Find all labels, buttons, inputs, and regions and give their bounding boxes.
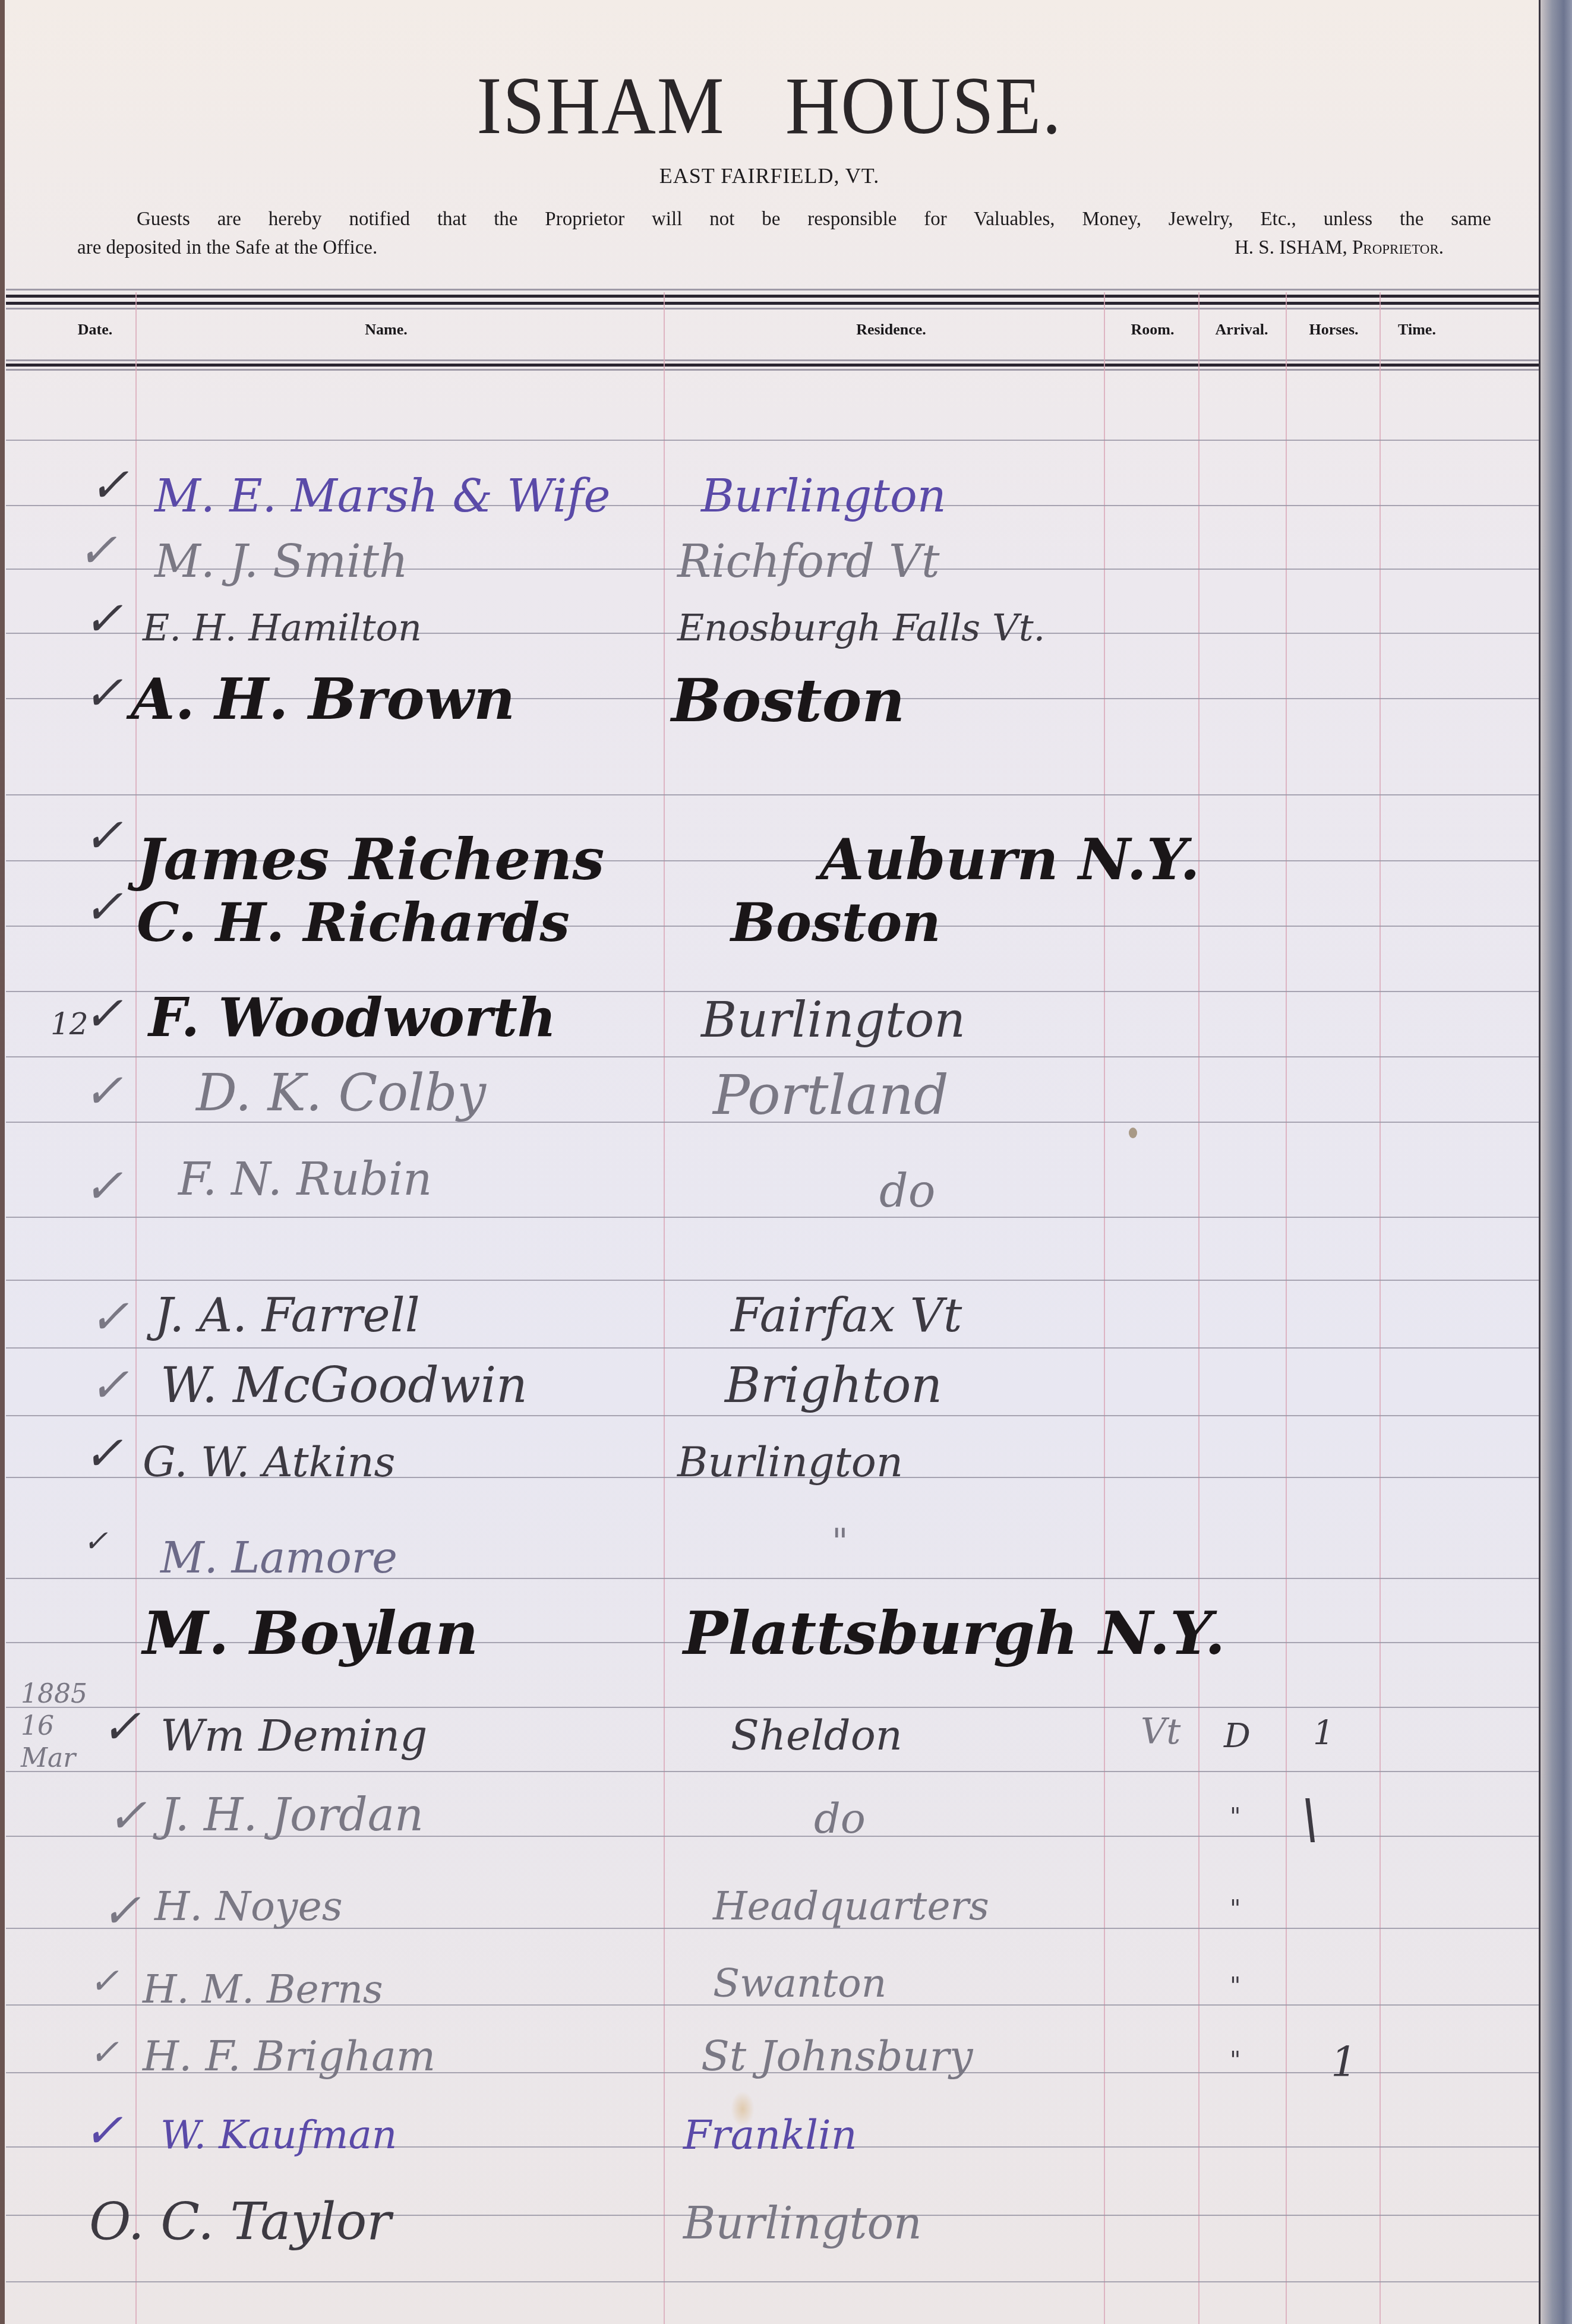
guest-arrival: "	[1230, 1895, 1240, 1922]
guest-room: Vt	[1141, 1711, 1180, 1753]
column-header-room: Room.	[1117, 321, 1188, 339]
guest-name: M. Lamore	[160, 1533, 397, 1583]
check-mark-icon: ✓	[89, 1357, 129, 1413]
check-mark-icon: ✓	[107, 1788, 147, 1843]
ruled-line	[6, 2281, 1539, 2282]
guest-name: F. Woodworth	[149, 986, 556, 1049]
ruled-line	[6, 1217, 1539, 1218]
guest-residence: Auburn N.Y.	[820, 826, 1200, 893]
ruled-line	[6, 440, 1539, 441]
guest-residence: Fairfax Vt	[731, 1289, 962, 1343]
ruled-line	[6, 1280, 1539, 1281]
guest-name: M. E. Marsh & Wife	[154, 469, 611, 522]
guest-name: J. A. Farrell	[154, 1289, 420, 1343]
guest-residence: Richford Vt	[677, 535, 940, 588]
check-mark-icon: ✓	[83, 986, 123, 1041]
guest-horses: \	[1301, 1788, 1319, 1851]
column-header-horses: Horses.	[1292, 321, 1375, 339]
header-rule-top-thick	[6, 295, 1539, 298]
guest-horses: 1	[1313, 1714, 1334, 1753]
paper-spot	[1129, 1128, 1137, 1138]
header-rule-top-thin-2	[6, 308, 1539, 310]
register-page: ISHAMHOUSE. EAST FAIRFIELD, VT. Guests a…	[0, 0, 1539, 2324]
guest-name: W. McGoodwin	[160, 1357, 528, 1414]
check-mark-icon: ✓	[101, 1883, 141, 1938]
guest-residence: Burlington	[677, 1438, 903, 1486]
guest-name: Wm Deming	[160, 1711, 427, 1761]
ruled-line	[6, 1415, 1539, 1416]
column-header-name: Name.	[345, 321, 428, 339]
column-divider-arrival	[1286, 292, 1287, 2324]
guest-residence: Plattsburgh N.Y.	[683, 1598, 1226, 1668]
guest-name: A. H. Brown	[131, 665, 515, 732]
location: EAST FAIRFIELD, VT.	[0, 163, 1539, 188]
column-header-arrival: Arrival.	[1203, 321, 1280, 339]
notice: Guests are hereby notified that the Prop…	[77, 205, 1491, 262]
check-mark-icon: ✓	[89, 1289, 129, 1344]
check-mark-icon: ✓	[83, 1063, 123, 1119]
column-header-time: Time.	[1384, 321, 1450, 339]
column-divider-horses	[1380, 292, 1381, 2324]
guest-name: W. Kaufman	[160, 2112, 397, 2158]
column-header-date: Date.	[65, 321, 125, 339]
check-mark-icon: ✓	[83, 591, 123, 646]
guest-name: F. N. Rubin	[178, 1152, 432, 1205]
guest-residence: St Johnsbury	[701, 2032, 973, 2080]
paper-stain	[731, 2091, 755, 2127]
guest-residence: Burlington	[701, 992, 965, 1049]
guest-horses: 1	[1331, 2038, 1358, 2086]
ruled-line	[6, 1056, 1539, 1057]
ruled-line	[6, 1707, 1539, 1708]
check-mark-icon: ✓	[89, 1960, 119, 2002]
entry-date: 1885 16 Mar	[21, 1678, 74, 1774]
header-rule-bottom-thin	[6, 359, 1539, 361]
guest-name: O. C. Taylor	[89, 2192, 391, 2252]
guest-name: M. J. Smith	[154, 535, 408, 588]
guest-arrival: "	[1230, 1972, 1240, 2000]
guest-name: J. H. Jordan	[160, 1788, 424, 1841]
proprietor-signature: H. S. ISHAM, Proprietor.	[1235, 233, 1444, 262]
guest-residence: Boston	[731, 891, 941, 954]
guest-name: M. Boylan	[143, 1598, 478, 1668]
guest-residence: Enosburgh Falls Vt.	[677, 606, 1045, 649]
guest-residence: Portland	[713, 1063, 949, 1127]
guest-residence: do	[879, 1164, 935, 1217]
check-mark-icon: ✓	[83, 879, 123, 934]
check-mark-icon: ✓	[83, 808, 123, 863]
check-mark-icon: ✓	[101, 1699, 141, 1754]
guest-residence: "	[832, 1521, 848, 1562]
check-mark-icon: ✓	[83, 2103, 123, 2158]
guest-name: D. K. Colby	[196, 1063, 486, 1123]
column-header-residence: Residence.	[838, 321, 945, 339]
page-title: ISHAMHOUSE.	[62, 58, 1478, 153]
column-divider-residence	[1104, 292, 1105, 2324]
check-mark-icon: ✓	[83, 1426, 123, 1481]
guest-name: G. W. Atkins	[143, 1438, 395, 1486]
notice-line-2: are deposited in the Safe at the Office.	[77, 233, 377, 262]
guest-name: C. H. Richards	[137, 891, 570, 954]
guest-arrival: D	[1224, 1717, 1251, 1755]
header-rule-top-thin	[6, 289, 1539, 290]
check-mark-icon: ✓	[83, 1524, 108, 1558]
ruled-line	[6, 1771, 1539, 1772]
page-left-edge	[0, 0, 5, 2324]
guest-residence: Burlington	[683, 2198, 922, 2249]
guest-arrival: "	[1230, 1803, 1240, 1830]
guest-residence: Headquarters	[713, 1883, 989, 1929]
column-divider-room	[1198, 292, 1199, 2324]
check-mark-icon: ✓	[77, 523, 117, 578]
guest-residence: Franklin	[683, 2112, 857, 2159]
title-isham: ISHAM	[476, 60, 725, 151]
check-mark-icon: ✓	[83, 665, 123, 721]
guest-name: H. Noyes	[154, 1883, 343, 1930]
check-mark-icon: ✓	[89, 457, 129, 513]
guest-name: James Richens	[137, 826, 604, 893]
header-rule-bottom-thin-2	[6, 369, 1539, 371]
guest-arrival: "	[1230, 2047, 1240, 2074]
guest-residence: Brighton	[725, 1357, 942, 1414]
guest-residence: Swanton	[713, 1960, 886, 2006]
ruled-line	[6, 794, 1539, 795]
header-rule-bottom-thick	[6, 364, 1539, 367]
title-house: HOUSE.	[785, 60, 1062, 151]
guest-name: H. F. Brigham	[143, 2032, 435, 2080]
check-mark-icon: ✓	[83, 1158, 123, 1214]
notice-line-1: Guests are hereby notified that the Prop…	[77, 205, 1491, 233]
guest-name: H. M. Berns	[143, 1966, 383, 2012]
guest-residence: Burlington	[701, 469, 946, 522]
column-divider-name	[664, 292, 665, 2324]
guest-residence: do	[814, 1794, 866, 1843]
guest-residence: Boston	[671, 665, 905, 735]
book-spine	[1539, 0, 1572, 2324]
check-mark-icon: ✓	[89, 2032, 119, 2073]
guest-residence: Sheldon	[731, 1711, 902, 1760]
header-rule-top-thick-2	[6, 302, 1539, 305]
column-divider-date	[135, 292, 137, 2324]
guest-name: E. H. Hamilton	[143, 606, 422, 649]
ruled-line	[6, 1347, 1539, 1349]
